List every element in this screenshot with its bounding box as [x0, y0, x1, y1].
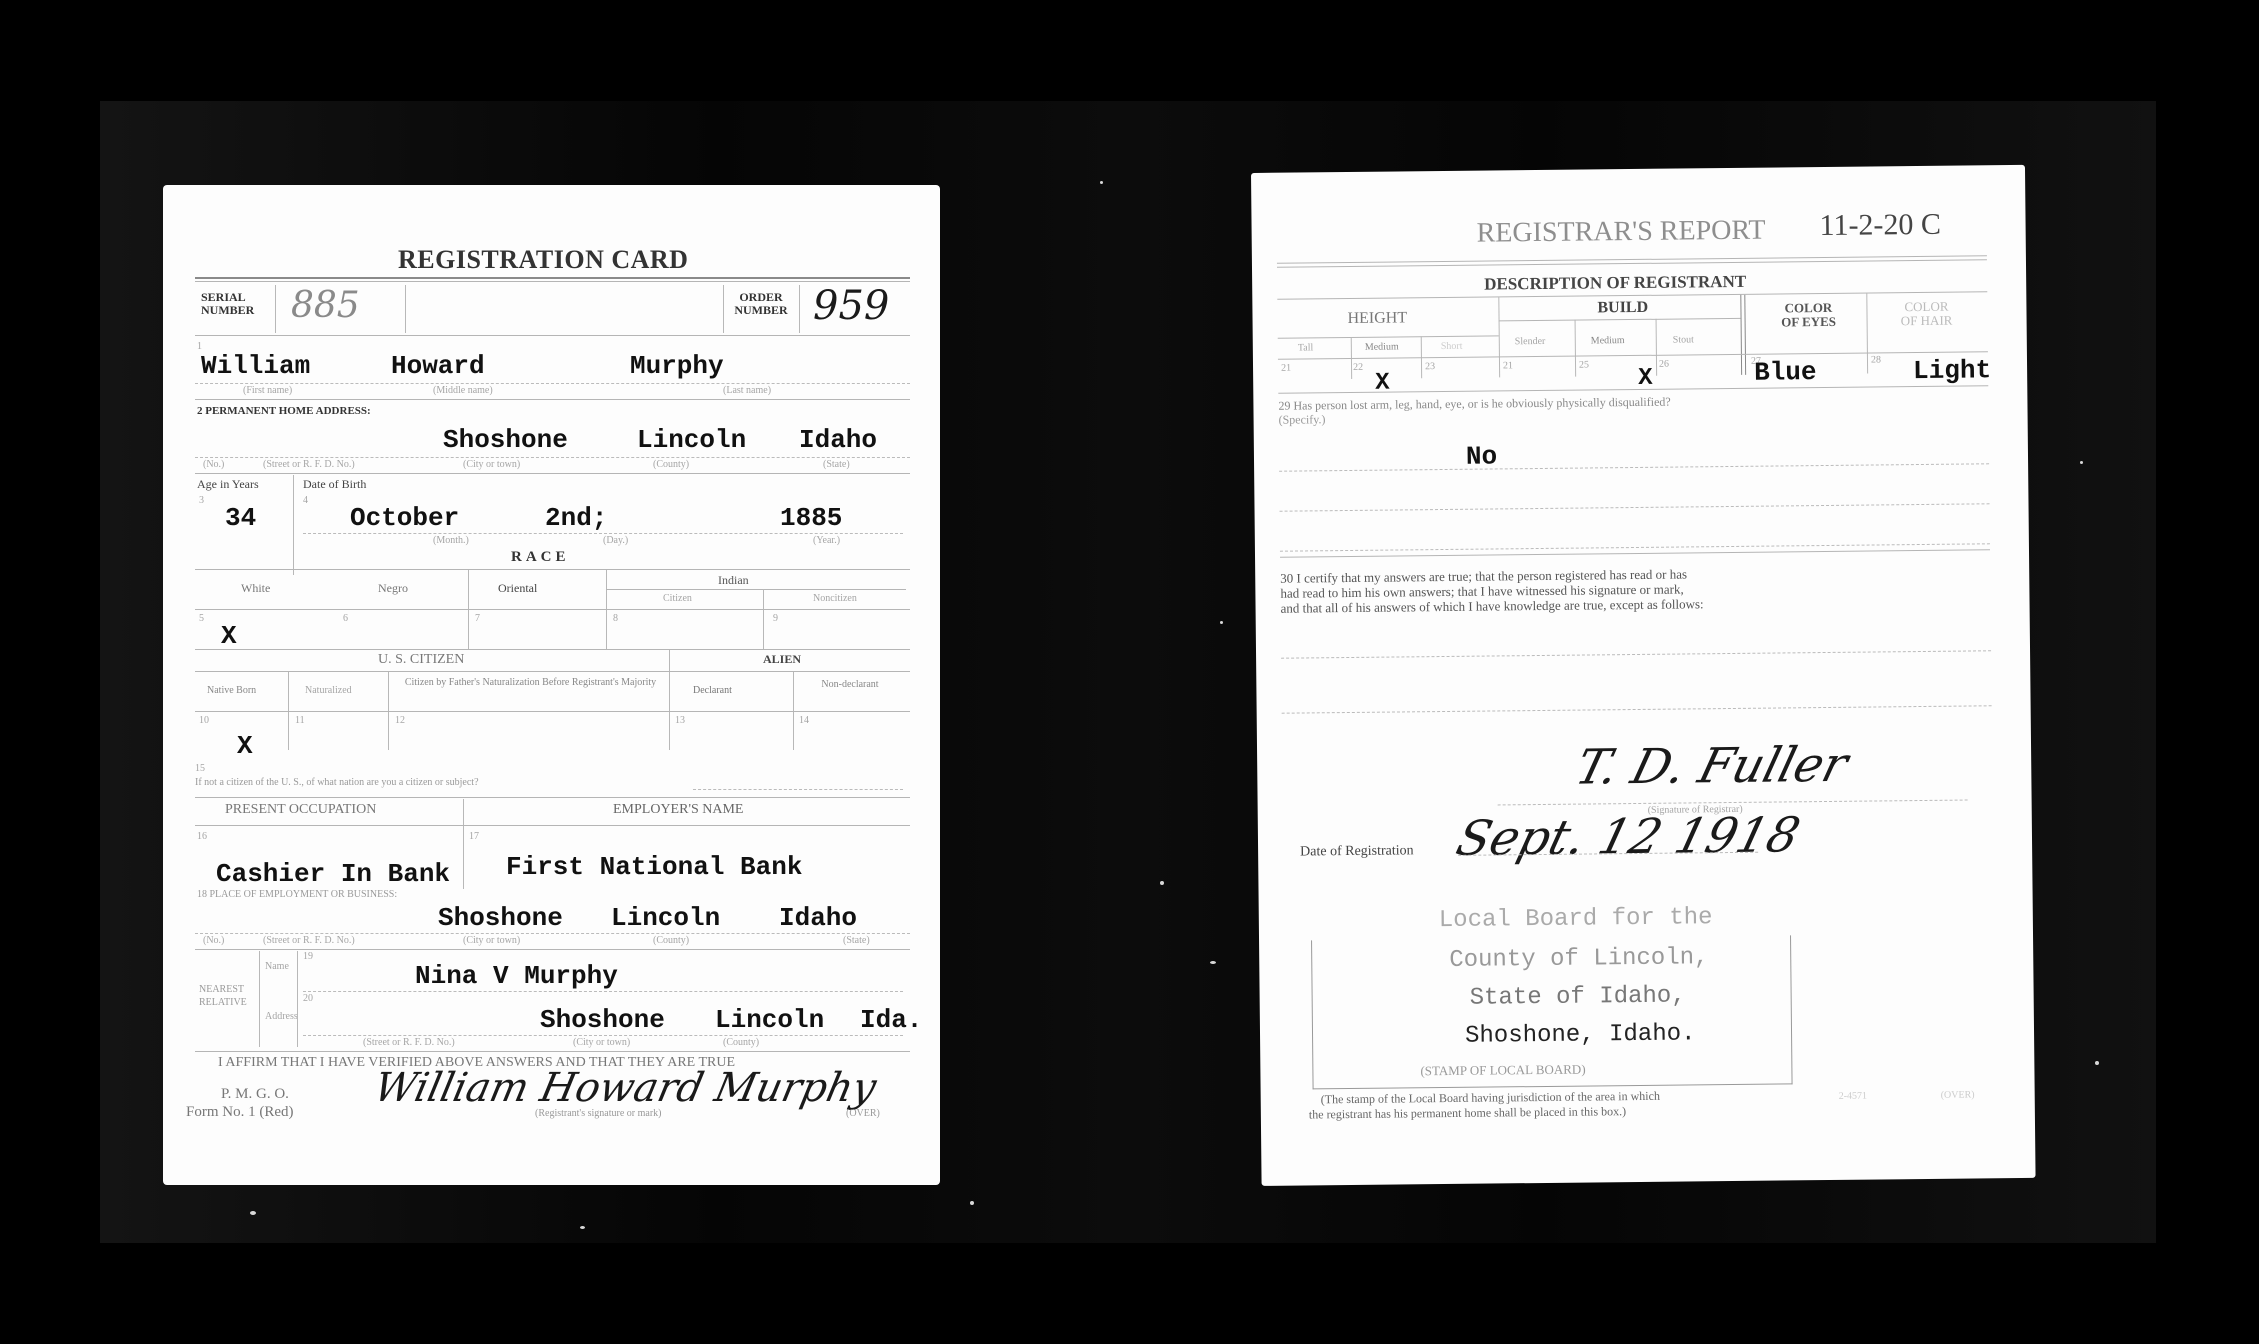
divider — [195, 671, 910, 672]
eye-color-value: Blue — [1754, 357, 1817, 388]
description-heading: DESCRIPTION OF REGISTRANT — [1484, 272, 1746, 295]
sublabel: (Year.) — [813, 535, 840, 546]
stamp-note-line2: the registrant has his permanent home sh… — [1309, 1104, 1626, 1122]
divider — [1740, 295, 1742, 375]
field-number: 21 — [1281, 363, 1291, 374]
race-white-mark: X — [221, 621, 237, 651]
divider — [195, 933, 910, 934]
divider — [606, 589, 906, 590]
divider — [1744, 295, 1746, 375]
divider — [195, 281, 910, 282]
film-speck — [1100, 181, 1103, 184]
disqualification-question: 29 Has person lost arm, leg, hand, eye, … — [1278, 395, 1670, 414]
divider — [195, 457, 910, 458]
birth-label: Date of Birth — [303, 477, 366, 492]
age-label: Age in Years — [197, 477, 259, 492]
sublabel: (County) — [653, 459, 689, 470]
us-citizen-heading: U. S. CITIZEN — [378, 652, 464, 668]
field-number: 16 — [197, 831, 207, 842]
film-speck — [2095, 1061, 2099, 1065]
hair-color-value: Light — [1913, 355, 1991, 386]
divider — [195, 649, 910, 650]
field-number: 26 — [1659, 359, 1669, 370]
serial-label: SERIAL NUMBER — [201, 291, 271, 317]
race-column-oriental: Oriental — [498, 581, 537, 596]
divider — [195, 1051, 910, 1052]
height-heading: HEIGHT — [1347, 309, 1407, 328]
race-heading: RACE — [511, 549, 570, 566]
sublabel: (No.) — [203, 459, 224, 470]
divider — [195, 569, 910, 570]
relative-address-label: Address — [265, 1011, 298, 1022]
stamp-line4: Shoshone, Idaho. — [1465, 1020, 1696, 1049]
build-heading: BUILD — [1597, 299, 1648, 318]
over-label: (OVER) — [1941, 1089, 1975, 1100]
middle-name-label: (Middle name) — [433, 385, 493, 396]
divider — [195, 609, 910, 610]
sublabel: (City or town) — [463, 935, 520, 946]
employment-city: Shoshone — [438, 903, 563, 933]
field-number: 10 — [199, 715, 209, 726]
divider — [1575, 320, 1577, 377]
field-number: 19 — [303, 951, 313, 962]
form-code: 2-4571 — [1839, 1091, 1867, 1102]
field-number: 8 — [613, 613, 618, 624]
divider — [1281, 650, 1991, 658]
order-number: 959 — [813, 283, 889, 329]
registration-card: REGISTRATION CARD SERIAL NUMBER 885 ORDE… — [163, 185, 940, 1185]
nationality-question: If not a citizen of the U. S., of what n… — [195, 777, 479, 788]
build-stout-column: Stout — [1673, 334, 1694, 345]
over-label: (OVER) — [846, 1108, 880, 1119]
film-speck — [1160, 881, 1164, 885]
signature-label: (Registrant's signature or mark) — [535, 1108, 662, 1119]
sublabel: (No.) — [203, 935, 224, 946]
divider — [606, 570, 607, 650]
stamp-line3: State of Idaho, — [1470, 982, 1686, 1011]
sublabel: (City or town) — [463, 459, 520, 470]
sublabel: (Street or R. F. D. No.) — [363, 1037, 455, 1048]
divider — [195, 335, 910, 336]
relative-county: Lincoln — [715, 1005, 824, 1035]
alien-heading: ALIEN — [763, 652, 801, 667]
home-address-label: 2 PERMANENT HOME ADDRESS: — [197, 405, 371, 417]
divider — [1278, 335, 1499, 338]
age-value: 34 — [225, 503, 256, 533]
film-speck — [1220, 621, 1223, 624]
occupation-heading: PRESENT OCCUPATION — [225, 802, 376, 818]
film-speck — [2080, 461, 2083, 464]
field-number: 5 — [199, 613, 204, 624]
stamp-line1: Local Board for the — [1439, 904, 1713, 934]
divider — [195, 383, 910, 384]
divider — [1282, 705, 1992, 713]
registration-date: Sept. 12 1918 — [1451, 807, 1806, 867]
divider — [1499, 318, 1741, 322]
serial-number: 885 — [291, 285, 360, 326]
film-speck — [970, 1201, 974, 1205]
registrars-report-card: REGISTRAR'S REPORT 11-2-20 C DESCRIPTION… — [1251, 165, 2036, 1186]
divider — [195, 797, 910, 798]
sublabel: (Month.) — [433, 535, 469, 546]
home-city: Shoshone — [443, 425, 568, 455]
divider — [1498, 297, 1500, 377]
non-declarant-column: Non-declarant — [815, 679, 885, 690]
registrant-signature: William Howard Murphy — [370, 1065, 880, 1111]
build-slender-column: Slender — [1515, 336, 1546, 347]
birth-month: October — [350, 503, 459, 533]
race-column-negro: Negro — [378, 581, 408, 596]
declarant-column: Declarant — [693, 685, 732, 696]
sublabel: (Street or R. F. D. No.) — [263, 459, 355, 470]
employment-county: Lincoln — [611, 903, 720, 933]
sublabel: (State) — [843, 935, 870, 946]
relative-state: Ida. — [860, 1005, 922, 1035]
specify-label: (Specify.) — [1279, 412, 1326, 427]
certification-line3: and that all of his answers of which I h… — [1280, 596, 1703, 616]
eye-color-heading: COLOR OF EYES — [1778, 301, 1838, 330]
field-number: 12 — [395, 715, 405, 726]
last-name-label: (Last name) — [723, 385, 771, 396]
stamp-caption: (STAMP OF LOCAL BOARD) — [1420, 1062, 1585, 1080]
native-born-column: Native Born — [207, 685, 256, 696]
relative-name-label: Name — [265, 961, 289, 972]
field-number: 20 — [303, 993, 313, 1004]
divider — [275, 285, 276, 333]
field-number: 28 — [1871, 354, 1881, 365]
disqualification-answer: No — [1466, 441, 1498, 471]
height-short-column: Short — [1441, 341, 1463, 352]
order-label: ORDER NUMBER — [729, 291, 793, 317]
employer-heading: EMPLOYER'S NAME — [613, 802, 743, 818]
divider — [195, 711, 910, 712]
divider — [799, 285, 800, 333]
film-speck — [250, 1211, 256, 1215]
field-number: 9 — [773, 613, 778, 624]
divider — [195, 277, 910, 279]
birth-year: 1885 — [780, 503, 842, 533]
field-number: 6 — [343, 613, 348, 624]
registration-date-label: Date of Registration — [1300, 843, 1414, 860]
birth-day: 2nd; — [545, 503, 607, 533]
build-medium-column: Medium — [1591, 335, 1625, 346]
field-number: 11 — [295, 715, 305, 726]
form-id-line1: P. M. G. O. — [221, 1086, 289, 1103]
last-name: Murphy — [630, 351, 724, 381]
height-tall-column: Tall — [1298, 342, 1314, 353]
divider — [723, 285, 724, 333]
divider — [195, 473, 910, 474]
divider — [297, 951, 298, 1047]
employment-place-label: 18 PLACE OF EMPLOYMENT OR BUSINESS: — [197, 889, 397, 900]
home-county: Lincoln — [637, 425, 746, 455]
divider — [195, 825, 910, 826]
sublabel: (Street or R. F. D. No.) — [263, 935, 355, 946]
divider — [1866, 294, 1868, 374]
relative-city: Shoshone — [540, 1005, 665, 1035]
sublabel: (County) — [723, 1037, 759, 1048]
divider — [1277, 259, 1987, 267]
divider — [303, 533, 903, 534]
registrar-signature: T. D. Fuller — [1570, 737, 1853, 796]
field-number: 23 — [1425, 361, 1435, 372]
divider — [303, 991, 903, 992]
occupation-value: Cashier In Bank — [216, 859, 450, 889]
divider — [693, 789, 903, 790]
divider — [1279, 463, 1989, 471]
field-number: 17 — [469, 831, 479, 842]
report-code: 11-2-20 C — [1819, 208, 1941, 243]
divider — [195, 399, 910, 400]
nearest-relative-label: NEAREST RELATIVE — [199, 983, 259, 1009]
employer-value: First National Bank — [506, 852, 802, 882]
naturalized-column: Naturalized — [305, 685, 352, 696]
sublabel: (County) — [653, 935, 689, 946]
race-indian-citizen: Citizen — [663, 593, 692, 604]
divider — [763, 589, 764, 649]
field-number: 13 — [675, 715, 685, 726]
film-speck — [1210, 961, 1216, 964]
relative-name: Nina V Murphy — [415, 961, 618, 991]
hair-color-heading: COLOR OF HAIR — [1896, 300, 1956, 329]
citizen-by-father-column: Citizen by Father's Naturalization Befor… — [398, 677, 663, 688]
divider — [463, 799, 464, 889]
field-number: 25 — [1579, 359, 1589, 370]
sublabel: (City or town) — [573, 1037, 630, 1048]
race-indian-noncitizen: Noncitizen — [813, 593, 857, 604]
divider — [468, 570, 469, 650]
divider — [1280, 503, 1990, 511]
field-number: 14 — [799, 715, 809, 726]
report-title: REGISTRAR'S REPORT — [1476, 215, 1765, 250]
race-column-white: White — [241, 581, 270, 596]
field-number: 4 — [303, 495, 308, 506]
sublabel: (Day.) — [603, 535, 628, 546]
divider — [259, 951, 260, 1047]
form-id-line2: Form No. 1 (Red) — [186, 1104, 294, 1121]
divider — [1656, 319, 1658, 376]
first-name: William — [201, 351, 310, 381]
first-name-label: (First name) — [243, 385, 292, 396]
race-column-indian: Indian — [718, 573, 749, 588]
divider — [195, 949, 910, 950]
middle-name: Howard — [391, 351, 485, 381]
divider — [303, 1035, 903, 1036]
card-title: REGISTRATION CARD — [398, 245, 688, 275]
divider — [405, 285, 406, 333]
home-state: Idaho — [799, 425, 877, 455]
divider — [293, 475, 294, 575]
field-number: 21 — [1503, 360, 1513, 371]
field-number: 7 — [475, 613, 480, 624]
field-number: 22 — [1353, 362, 1363, 373]
divider — [669, 650, 670, 750]
film-speck — [580, 1226, 585, 1229]
employment-state: Idaho — [779, 903, 857, 933]
sublabel: (State) — [823, 459, 850, 470]
stamp-line2: County of Lincoln, — [1449, 944, 1709, 974]
field-number: 15 — [195, 763, 205, 774]
native-born-mark: X — [237, 731, 253, 761]
field-number: 3 — [199, 495, 204, 506]
height-medium-column: Medium — [1365, 341, 1399, 352]
